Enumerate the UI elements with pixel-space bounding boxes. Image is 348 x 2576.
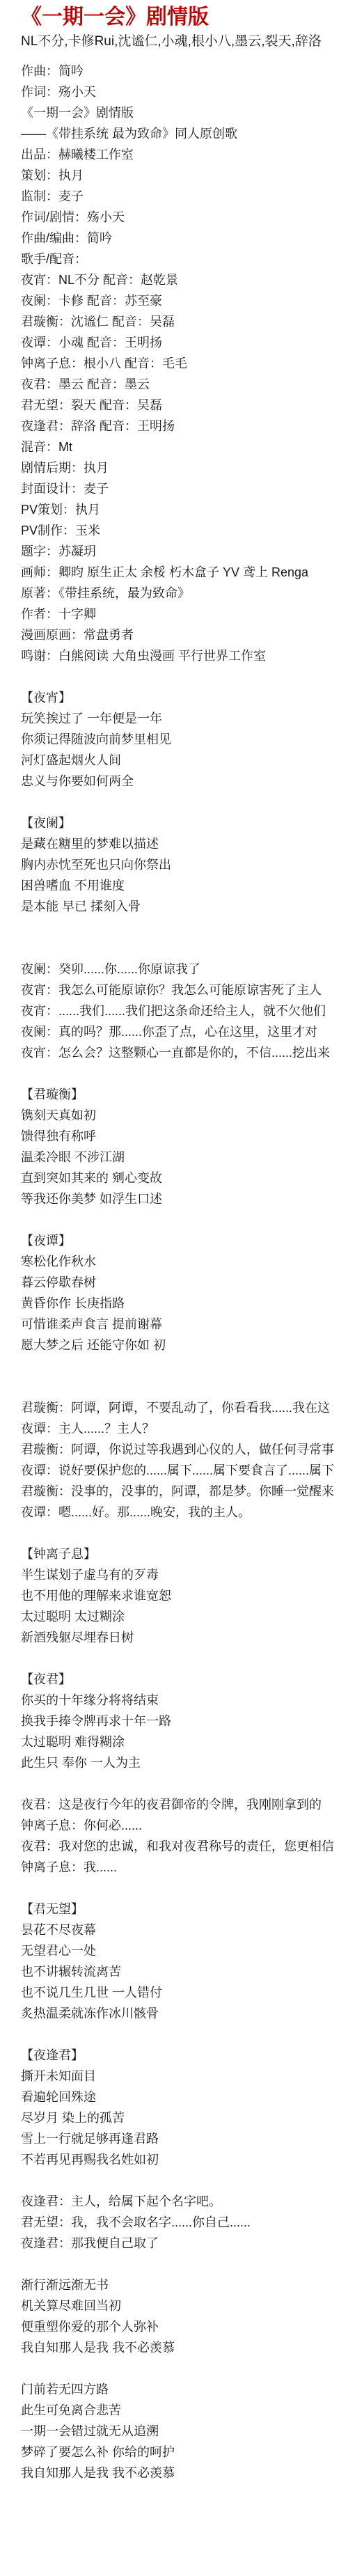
section-header: 【夜阑】 bbox=[21, 812, 348, 833]
dialogue-line: 夜君：这是夜行今年的夜君御帝的令牌，我刚刚拿到的 bbox=[21, 1794, 348, 1815]
credit-line: PV策划：执月 bbox=[21, 499, 348, 520]
section-header: 【夜君】 bbox=[21, 1669, 348, 1690]
credit-line: 画师：卿昀 原生正太 余桵 朽木盒子 YV 鸢上 Renga bbox=[21, 562, 348, 583]
lyric-line: 昙花不尽夜幕 bbox=[21, 1919, 348, 1940]
dialogue-yejun-zhonglizixi: 夜君：这是夜行今年的夜君御帝的令牌，我刚刚拿到的钟离子息：你何必......夜君… bbox=[21, 1794, 348, 1878]
dialogue-line: 君璇衡：没事的，没事的，阿谭，都是梦。你睡一觉醒来 bbox=[21, 1481, 348, 1502]
dialogue-line: 君璇衡：阿谭，阿谭，不要乱动了，你看看我......我在这 bbox=[21, 1397, 348, 1418]
lyric-line: 半生谋划子虚乌有的歹毒 bbox=[21, 1564, 348, 1585]
lyric-line: 是本能 早已 揉刻入骨 bbox=[21, 896, 348, 917]
credit-line: 钟离子息：根小八 配音：毛毛 bbox=[21, 353, 348, 374]
dialogue-line: 夜谭：主人......？主人？ bbox=[21, 1418, 348, 1439]
lyric-line: 你须记得随波向前梦里相见 bbox=[21, 729, 348, 750]
lyric-line: 我自知那人是我 我不必羡慕 bbox=[21, 2463, 348, 2483]
credit-line: 夜阑：卡修 配音：苏至豪 bbox=[21, 290, 348, 311]
dialogue-line: 夜谭：嗯......好。那......晚安，我的主人。 bbox=[21, 1502, 348, 1523]
lyric-line: 也不用他的理解来求谁宽恕 bbox=[21, 1585, 348, 1606]
credit-line: 作曲/编曲：简吟 bbox=[21, 228, 348, 249]
credit-line: 夜谭：小魂 配音：王明扬 bbox=[21, 332, 348, 353]
dialogue-line: 夜宵：......我们......我们把这条命还给主人，就不欠他们 bbox=[21, 1000, 348, 1021]
lyric-line: 便重塑你爱的那个人弥补 bbox=[21, 2316, 348, 2337]
verse-zhonglizixi: 【钟离子息】半生谋划子虚乌有的歹毒也不用他的理解来求谁宽恕太过聪明 太过糊涂新酒… bbox=[21, 1544, 348, 1648]
dialogue-yelan-yexiao: 夜阑：癸卯......你......你原谅我了夜宵：我怎么可能原谅你？我怎么可能… bbox=[21, 959, 348, 1063]
credit-line: 封面设计：麦子 bbox=[21, 478, 348, 499]
lyric-line: 渐行渐远渐无书 bbox=[21, 2275, 348, 2295]
credit-line: 原著：《带挂系统，最为致命》 bbox=[21, 583, 348, 604]
section-header: 【钟离子息】 bbox=[21, 1544, 348, 1564]
lyric-line: 太过聪明 难得糊涂 bbox=[21, 1731, 348, 1752]
dialogue-line: 夜君：我对您的忠诚，和我对夜君称号的责任，您更相信 bbox=[21, 1836, 348, 1857]
credit-line: PV制作：玉米 bbox=[21, 520, 348, 541]
page-title: 《一期一会》剧情版 bbox=[21, 3, 348, 31]
credit-line: 作曲：简吟 bbox=[21, 61, 348, 81]
dialogue-yefengjun-junwuwang: 夜逢君：主人，给属下起个名字吧。君无望：我，我不会取名字......你自己...… bbox=[21, 2191, 348, 2254]
credit-line: 漫画原画：常盘勇者 bbox=[21, 625, 348, 645]
credit-line: 君璇衡：沈谧仁 配音：吴磊 bbox=[21, 311, 348, 332]
lyric-line: 河灯盛起烟火人间 bbox=[21, 750, 348, 771]
section-header: 【夜谭】 bbox=[21, 1230, 348, 1251]
content-blocks: 作曲：简吟作词：殇小天《一期一会》剧情版——《带挂系统 最为致命》同人原创歌出品… bbox=[21, 61, 348, 2483]
credit-line: 作词/剧情：殇小天 bbox=[21, 207, 348, 228]
lyric-line: 胸内赤忱至死也只向你祭出 bbox=[21, 854, 348, 875]
section-header: 【君璇衡】 bbox=[21, 1084, 348, 1105]
credit-line: 作者：十字卿 bbox=[21, 604, 348, 625]
section-header: 【夜宵】 bbox=[21, 687, 348, 708]
lyric-line: 你买的十年缘分将将结束 bbox=[21, 1690, 348, 1711]
credit-line: 君无望：裂天 配音：吴磊 bbox=[21, 395, 348, 416]
credit-line: 题字：苏凝玥 bbox=[21, 541, 348, 562]
dialogue-line: 君璇衡：阿谭，你说过等我遇到心仪的人，做任何寻常事 bbox=[21, 1439, 348, 1460]
lyric-line: 直到突如其来的 剜心变故 bbox=[21, 1168, 348, 1188]
lyric-line: 可惜谁柔声食言 提前谢幕 bbox=[21, 1314, 348, 1335]
lyric-line: 馈得独有称呼 bbox=[21, 1126, 348, 1147]
section-header: 【君无望】 bbox=[21, 1899, 348, 1919]
verse-junwuwang: 【君无望】昙花不尽夜幕无望君心一处也不讲辗转流离苦也不说几生几世 一人错付炙热温… bbox=[21, 1899, 348, 2024]
lyric-line: 也不说几生几世 一人错付 bbox=[21, 1982, 348, 2003]
verse-yelan: 【夜阑】是藏在糖里的梦难以描述胸内赤忱至死也只向你祭出困兽嗜血 不用谁度是本能 … bbox=[21, 812, 348, 917]
lyric-line: 新酒残躯尽埋春日树 bbox=[21, 1627, 348, 1648]
lyric-line: 看遍轮回殊途 bbox=[21, 2087, 348, 2107]
credit-line: 监制：麦子 bbox=[21, 186, 348, 207]
lyric-line: 雪上一行就足够再逢君路 bbox=[21, 2128, 348, 2149]
dialogue-line: 夜宵：我怎么可能原谅你？我怎么可能原谅害死了主人 bbox=[21, 980, 348, 1000]
lyric-line: 尽岁月 染上的孤苦 bbox=[21, 2107, 348, 2128]
lyric-line: 暮云停歇春树 bbox=[21, 1272, 348, 1293]
credit-line: 夜逢君：辞洛 配音：王明扬 bbox=[21, 416, 348, 437]
credit-line: 作词：殇小天 bbox=[21, 81, 348, 102]
lyric-line: 玩笑挨过了 一年便是一年 bbox=[21, 708, 348, 729]
artists-line: NL不分,卡修Rui,沈谧仁,小魂,根小八,墨云,裂天,辞洛 bbox=[21, 31, 348, 52]
lyric-line: 黄昏你作 长庚指路 bbox=[21, 1293, 348, 1314]
lyric-line: 等我还你美梦 如浮生口述 bbox=[21, 1188, 348, 1209]
outro-part-2: 门前若无四方路此生可免离合悲苦一期一会错过就无从追溯梦碎了要怎么补 你给的呵护我… bbox=[21, 2379, 348, 2483]
lyric-line: 炙热温柔就冻作冰川骸骨 bbox=[21, 2003, 348, 2024]
lyric-line: 太过聪明 太过糊涂 bbox=[21, 1606, 348, 1627]
lyric-line: 温柔冷眼 不涉江湖 bbox=[21, 1147, 348, 1168]
lyric-line: 门前若无四方路 bbox=[21, 2379, 348, 2400]
credit-line: 歌手/配音： bbox=[21, 249, 348, 269]
verse-yetan: 【夜谭】寒松化作秋水暮云停歇春树黄昏你作 长庚指路可惜谁柔声食言 提前谢幕愿大梦… bbox=[21, 1230, 348, 1356]
verse-yexiao: 【夜宵】玩笑挨过了 一年便是一年你须记得随波向前梦里相见河灯盛起烟火人间忠义与你… bbox=[21, 687, 348, 792]
lyric-line: 寒松化作秋水 bbox=[21, 1251, 348, 1272]
credit-line: 剧情后期：执月 bbox=[21, 457, 348, 478]
credit-line: ——《带挂系统 最为致命》同人原创歌 bbox=[21, 123, 348, 144]
credit-line: 策划：执月 bbox=[21, 165, 348, 186]
credit-line: 夜宵：NL不分 配音：赵乾景 bbox=[21, 269, 348, 290]
dialogue-line: 夜逢君：那我便自己取了 bbox=[21, 2233, 348, 2254]
lyrics-document: 《一期一会》剧情版 NL不分,卡修Rui,沈谧仁,小魂,根小八,墨云,裂天,辞洛… bbox=[0, 0, 348, 2483]
credit-line: 鸣谢：白熊阅读 大角虫漫画 平行世界工作室 bbox=[21, 645, 348, 666]
dialogue-line: 君无望：我，我不会取名字......你自己...... bbox=[21, 2212, 348, 2233]
dialogue-line: 夜阑：癸卯......你......你原谅我了 bbox=[21, 959, 348, 980]
lyric-line: 此生可免离合悲苦 bbox=[21, 2400, 348, 2421]
outro-part-1: 渐行渐远渐无书机关算尽难回当初便重塑你爱的那个人弥补我自知那人是我 我不必羡慕 bbox=[21, 2275, 348, 2358]
lyric-line: 一期一会错过就无从追溯 bbox=[21, 2421, 348, 2442]
credits: 作曲：简吟作词：殇小天《一期一会》剧情版——《带挂系统 最为致命》同人原创歌出品… bbox=[21, 61, 348, 666]
dialogue-junxuanheng-yetan: 君璇衡：阿谭，阿谭，不要乱动了，你看看我......我在这夜谭：主人......… bbox=[21, 1397, 348, 1523]
lyric-line: 机关算尽难回当初 bbox=[21, 2295, 348, 2316]
dialogue-line: 夜阑：真的吗？那......你歪了点，心在这里，这里才对 bbox=[21, 1021, 348, 1042]
dialogue-line: 钟离子息：你何必...... bbox=[21, 1815, 348, 1836]
dialogue-line: 夜宵：怎么会？这整颗心一直都是你的，不信......挖出来 bbox=[21, 1042, 348, 1063]
lyric-line: 此生只 奉你 一人为主 bbox=[21, 1752, 348, 1773]
lyric-line: 是藏在糖里的梦难以描述 bbox=[21, 833, 348, 854]
dialogue-line: 钟离子息：我...... bbox=[21, 1857, 348, 1878]
credit-line: 混音：Mt bbox=[21, 437, 348, 457]
lyric-line: 困兽嗜血 不用谁度 bbox=[21, 875, 348, 896]
credit-line: 《一期一会》剧情版 bbox=[21, 102, 348, 123]
lyric-line: 撕开未知面目 bbox=[21, 2066, 348, 2087]
verse-junxuanheng: 【君璇衡】镌刻天真如初馈得独有称呼温柔冷眼 不涉江湖直到突如其来的 剜心变故等我… bbox=[21, 1084, 348, 1209]
credit-line: 出品：赫曦楼工作室 bbox=[21, 144, 348, 165]
lyric-line: 换我手捧令牌再求十年一路 bbox=[21, 1711, 348, 1731]
lyric-line: 我自知那人是我 我不必羡慕 bbox=[21, 2337, 348, 2358]
lyric-line: 不若再见再赐我名姓如初 bbox=[21, 2149, 348, 2170]
credit-line: 夜君：墨云 配音：墨云 bbox=[21, 374, 348, 395]
lyric-line: 无望君心一处 bbox=[21, 1940, 348, 1961]
verse-yefengjun: 【夜逢君】撕开未知面目看遍轮回殊途尽岁月 染上的孤苦雪上一行就足够再逢君路不若再… bbox=[21, 2045, 348, 2170]
lyric-line: 忠义与你要如何两全 bbox=[21, 771, 348, 792]
lyric-line: 愿大梦之后 还能守你如 初 bbox=[21, 1335, 348, 1356]
section-header: 【夜逢君】 bbox=[21, 2045, 348, 2066]
lyric-line: 梦碎了要怎么补 你给的呵护 bbox=[21, 2442, 348, 2463]
verse-yejun: 【夜君】你买的十年缘分将将结束换我手捧令牌再求十年一路太过聪明 难得糊涂此生只 … bbox=[21, 1669, 348, 1773]
dialogue-line: 夜谭：说好要保护您的......属下......属下要食言了......属下 bbox=[21, 1460, 348, 1481]
dialogue-line: 夜逢君：主人，给属下起个名字吧。 bbox=[21, 2191, 348, 2212]
lyric-line: 也不讲辗转流离苦 bbox=[21, 1961, 348, 1982]
lyric-line: 镌刻天真如初 bbox=[21, 1105, 348, 1126]
